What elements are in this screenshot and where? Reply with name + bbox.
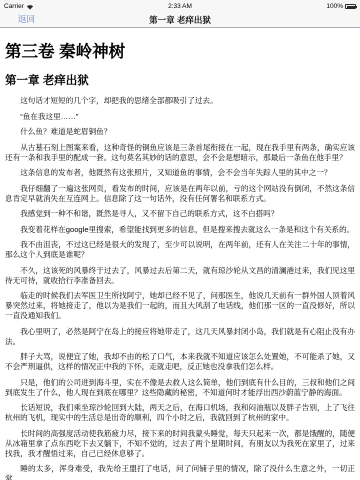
chapter-title: 第一章 老痒出狱 (5, 72, 355, 88)
paragraph: 从古墓石刻上图案来看，这种奇怪的铜鱼应该是三条首尾衔接在一起，现在我手里有两条，… (5, 143, 355, 163)
status-right: 100% (326, 3, 356, 10)
paragraph: 我变着花样在google里搜索，希望能找到更多的信息，但是搜来搜去就这么一条是和… (5, 225, 355, 235)
reader-content[interactable]: 第三卷 秦岭神树 第一章 老痒出狱 这句话才短短的几个字，却把我的思绪全部都吸引… (0, 28, 360, 480)
paragraph: 长时间的高强度活动使我筋疲力尽，接下来的时间我蒙头睡觉，每天只起来一次，都是饿醒… (5, 429, 355, 459)
paragraph: 我感觉到一种不和谐，既然是寻人，又不留下自己的联系方式，这不白搭吗？ (5, 209, 355, 219)
paragraph: 长话短说，我们乘坐琼沙轮回到大陆，两天之后，在海口机场，我和闷油瓶以及胖子告别，… (5, 403, 355, 423)
paragraph: 不久，这该死的风暴终于过去了，风暴过去后第二天，就有琼沙轮从文昌的清澜港过来，我… (5, 266, 355, 286)
status-bar: Carrier 2:33 AM 100% (0, 0, 360, 12)
header: Carrier 2:33 AM 100% 返回 第一章 老痒出狱 (0, 0, 360, 28)
back-button[interactable]: 返回 (18, 13, 35, 25)
paragraph: 胖子大骂，说便宜了她，我却不由的松了口气，本来我就不知道应该怎么处置她，不可能杀… (5, 352, 355, 372)
volume-title: 第三卷 秦岭神树 (5, 38, 355, 62)
nav-bar: 返回 第一章 老痒出狱 (0, 12, 360, 27)
paragraph: 这句话才短短的几个字，却把我的思绪全部都吸引了过去。 (5, 96, 355, 106)
status-time: 2:33 AM (0, 3, 360, 10)
battery-percent: 100% (326, 3, 343, 10)
paragraph: 这条信息的发布者，他既然有这张照片，又知道鱼的事情，会不会当年失踪人里的其中之一… (5, 168, 355, 178)
paragraph: 什么鱼？难道是蛇眉铜鱼？ (5, 127, 355, 137)
paragraph: 只是，他们的公司进到海斗里，实在不像是去救人这么简单，他们到底有什么目的，三叔和… (5, 378, 355, 398)
paragraph: 睡的太多，浑身难受，我先给王盟打了电话，问了问铺子里的情况，除了没什么生意之外，… (5, 464, 355, 480)
paragraph: 我心里明了，必然是阿宁在岛上的接应将她带走了，这几天风暴封闭小岛，我们就是有心阻… (5, 327, 355, 347)
paragraph: 我仔细翻了一遍这张网页，看发布的时间，应该是在两年以前，亏的这个网站没有倒闭，不… (5, 184, 355, 204)
nav-title: 第一章 老痒出狱 (149, 14, 211, 26)
paragraph-list: 这句话才短短的几个字，却把我的思绪全部都吸引了过去。“鱼在我这里……”什么鱼？难… (5, 96, 355, 480)
paragraph: 临走的时候我们去军医卫生所找阿宁，她却已经不见了，问那医生，他说几天前有一群外国… (5, 291, 355, 321)
battery-icon (345, 4, 356, 9)
reader-screen: Carrier 2:33 AM 100% 返回 第一章 老痒出狱 第三卷 秦岭神… (0, 0, 360, 480)
paragraph: “鱼在我这里……” (5, 112, 355, 122)
paragraph: 我不由沮丧，不过这已经是很大的发现了，至少可以说明，在两年前，还有人在关注二十年… (5, 240, 355, 260)
